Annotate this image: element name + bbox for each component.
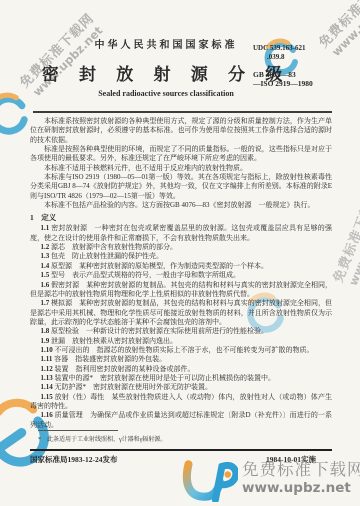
definition-item: 1.8 原型检验 一种新设计的密封放射源在实际使用前所进行的性能检验。	[30, 327, 332, 336]
watermark-site-url: www.upbz.net	[312, 0, 360, 76]
definition-item: 1.15 放射（性）毒性 某些放射性物质进入人（或动物）体内，放射性对人（或动物…	[30, 393, 332, 412]
foreword-paragraph: 本标准系按照密封放射源的各种典型使用方式，规定了源的分级和质量控制方法，作为生产…	[30, 117, 332, 145]
definition-item: 1.11 容器 指装盛密封放射源的外包装。	[30, 355, 332, 364]
foreword-paragraph: 本标准与ISO 2919（1980—05—01第一版）等效。其在各项规定与指标上…	[30, 173, 332, 201]
definitions-list: 1.1 密封放射源 一种密封在包壳或紧密覆盖层里的放射源。这包壳或覆盖层应具有足…	[30, 224, 332, 430]
definition-item: 1.14 无防护源* 密封放射源在使用时外部无防护装置。	[30, 383, 332, 392]
definition-item: 1.10 不可浸出的 指源芯的放射性物质实际上不溶于水，也不可能转变为可扩散的物…	[30, 346, 332, 355]
definition-item: 1.6 假密封源 某种密封放射源的复制品。其包壳的结构和材料与真实的密封放射源完…	[30, 281, 332, 300]
issued-date: 国家标准局1983-12-24发布	[30, 454, 118, 465]
definition-item: 1.1 密封放射源 一种密封在包壳或紧密覆盖层里的放射源。这包壳或覆盖层应具有足…	[30, 224, 332, 243]
effective-date: 1984-10-01实施	[266, 454, 332, 465]
footer-divider	[30, 449, 332, 451]
foreword-paragraph: 本标准不适用于核燃料元件，也不适用于反应堆内的放射性物质。	[30, 164, 332, 173]
watermark-top-right: 免费标准下载网 www.upbz.net	[299, 0, 360, 76]
definition-item: 1.4 原型源 某种密封放射源的原始模型，作为制造同类型源的一个样本。	[30, 262, 332, 271]
upbz-site-url: www.upbz.net	[242, 480, 360, 496]
upbz-logo: 免费标准下载网 www.upbz.net	[182, 460, 360, 502]
udc-code: UDC 539.163-621 .039.8	[253, 44, 306, 61]
footnote-divider	[38, 430, 118, 431]
iso-equivalent: —ISO 2919—1980	[253, 79, 313, 88]
section-1-heading: 1 定义	[30, 213, 332, 222]
document-body: 本标准系按照密封放射源的各种典型使用方式，规定了源的分级和质量控制方法，作为生产…	[30, 117, 332, 430]
footnote-block: * 此条适用于工业射线照相、γ计器和γ辐射源。	[38, 430, 328, 443]
udc-line1: UDC 539.163-621	[253, 44, 306, 53]
definition-item: 1.3 包壳 防止放射性泄漏的保护性壳。	[30, 252, 332, 261]
foreword-paragraph: 本标准不包括产品检验的内容。这方面按GB 4076—83《密封放射源 一般规定》…	[30, 201, 332, 210]
watermark-site-url: www.upbz.net	[339, 179, 360, 305]
udc-line2: .039.8	[253, 53, 306, 62]
upbz-logo-text: 免费标准下载网 www.upbz.net	[242, 460, 360, 496]
watermark-site-name: 免费标准下载网	[299, 0, 360, 66]
upbz-up-icon	[182, 460, 238, 502]
standard-number: GB 4075—83 —ISO 2919—1980	[253, 70, 313, 88]
definition-item: 1.16 质量管理 为确保产品或作业质量达到或超过标准规定〔附录D（补充件）〕而…	[30, 411, 332, 430]
footnote-text: * 此条适用于工业射线照相、γ计器和γ辐射源。	[38, 434, 328, 443]
standard-document-page: 免费标准下载网 www.upbz.net 免费标准下载网 www.upbz.ne…	[0, 0, 360, 506]
footer: 国家标准局1983-12-24发布 1984-10-01实施	[30, 454, 332, 465]
document-title-en: Sealed radioactive sources classificatio…	[30, 89, 302, 98]
upbz-swirl-icon	[0, 92, 30, 138]
definition-item: 1.12 装置 指利用密封放射源的某种设备或部件。	[30, 365, 332, 374]
gb-number: GB 4075—83	[253, 70, 313, 79]
header-divider	[33, 111, 332, 113]
foreword-paragraph: 标准是按照各种典型使用的环境，而规定了不同的质量指标。一般的说，这些指标只是对应…	[30, 145, 332, 164]
definition-item: 1.5 型号 表示产品型式规格的符号，一般由字母和数字所组成。	[30, 271, 332, 280]
foreword: 本标准系按照密封放射源的各种典型使用方式，规定了源的分级和质量控制方法，作为生产…	[30, 117, 332, 210]
definition-item: 1.13 装置中的源* 密封放射源在使用时是处于可以防止机械损伤的装置中。	[30, 374, 332, 383]
definition-item: 1.9 泄漏 放射性核素从密封放射源内逸出。	[30, 337, 332, 346]
definition-item: 1.7 模拟源 某种密封放射源的复制品，其包壳的结构和材料与真实的密封放射源完全…	[30, 299, 332, 327]
